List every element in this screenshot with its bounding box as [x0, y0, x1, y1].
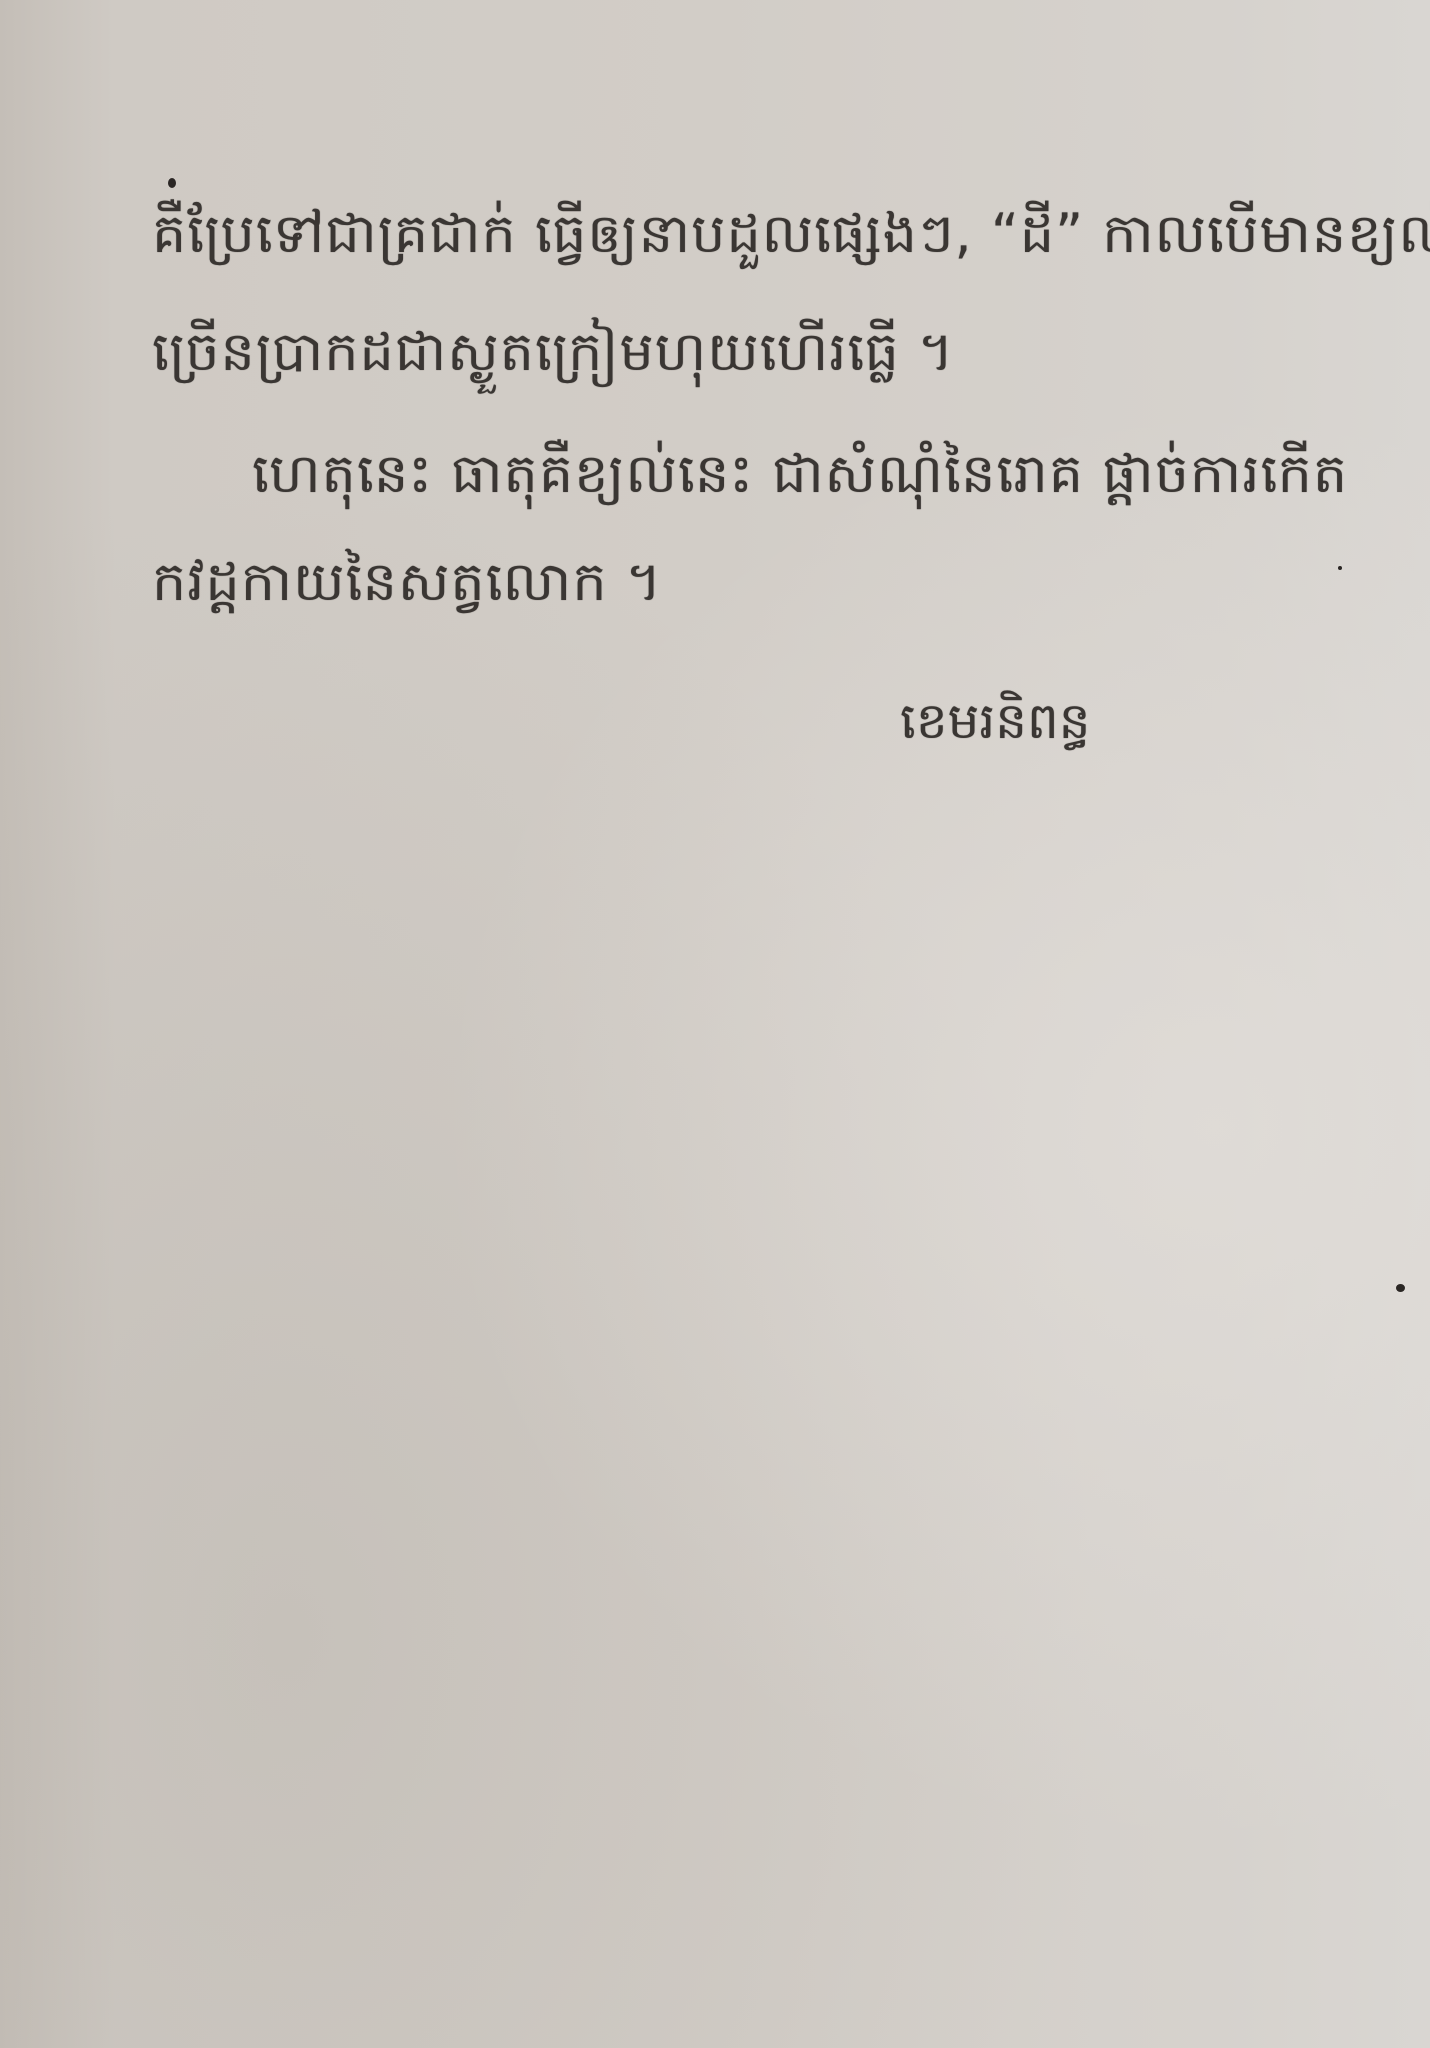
- scanned-page: គឺប្រែទៅជាគ្រជាក់ ធ្វើឲ្យនាបដួលផ្សេងៗ, “…: [0, 0, 1430, 2048]
- paragraph-2-line-2: កវដ្ដកាយនៃសត្វលោក ។: [152, 548, 662, 627]
- paragraph-2-line-1: ហេតុនេះ ធាតុគឺខ្យល់នេះ ជាសំណុំនៃរោគ ផ្ដា…: [252, 440, 1348, 519]
- paper-speck: [1396, 1284, 1405, 1292]
- paragraph-1-line-1: គឺប្រែទៅជាគ្រជាក់ ធ្វើឲ្យនាបដួលផ្សេងៗ, “…: [152, 200, 1430, 279]
- paper-speck: [168, 178, 176, 188]
- paper-speck: [1338, 566, 1342, 570]
- paragraph-1-line-2: ច្រើនប្រាកដជាស្ងួតក្រៀមហុយហើរធ្លើ ។: [152, 318, 955, 397]
- author-signature: ខេមរនិពន្ធ: [900, 690, 1090, 763]
